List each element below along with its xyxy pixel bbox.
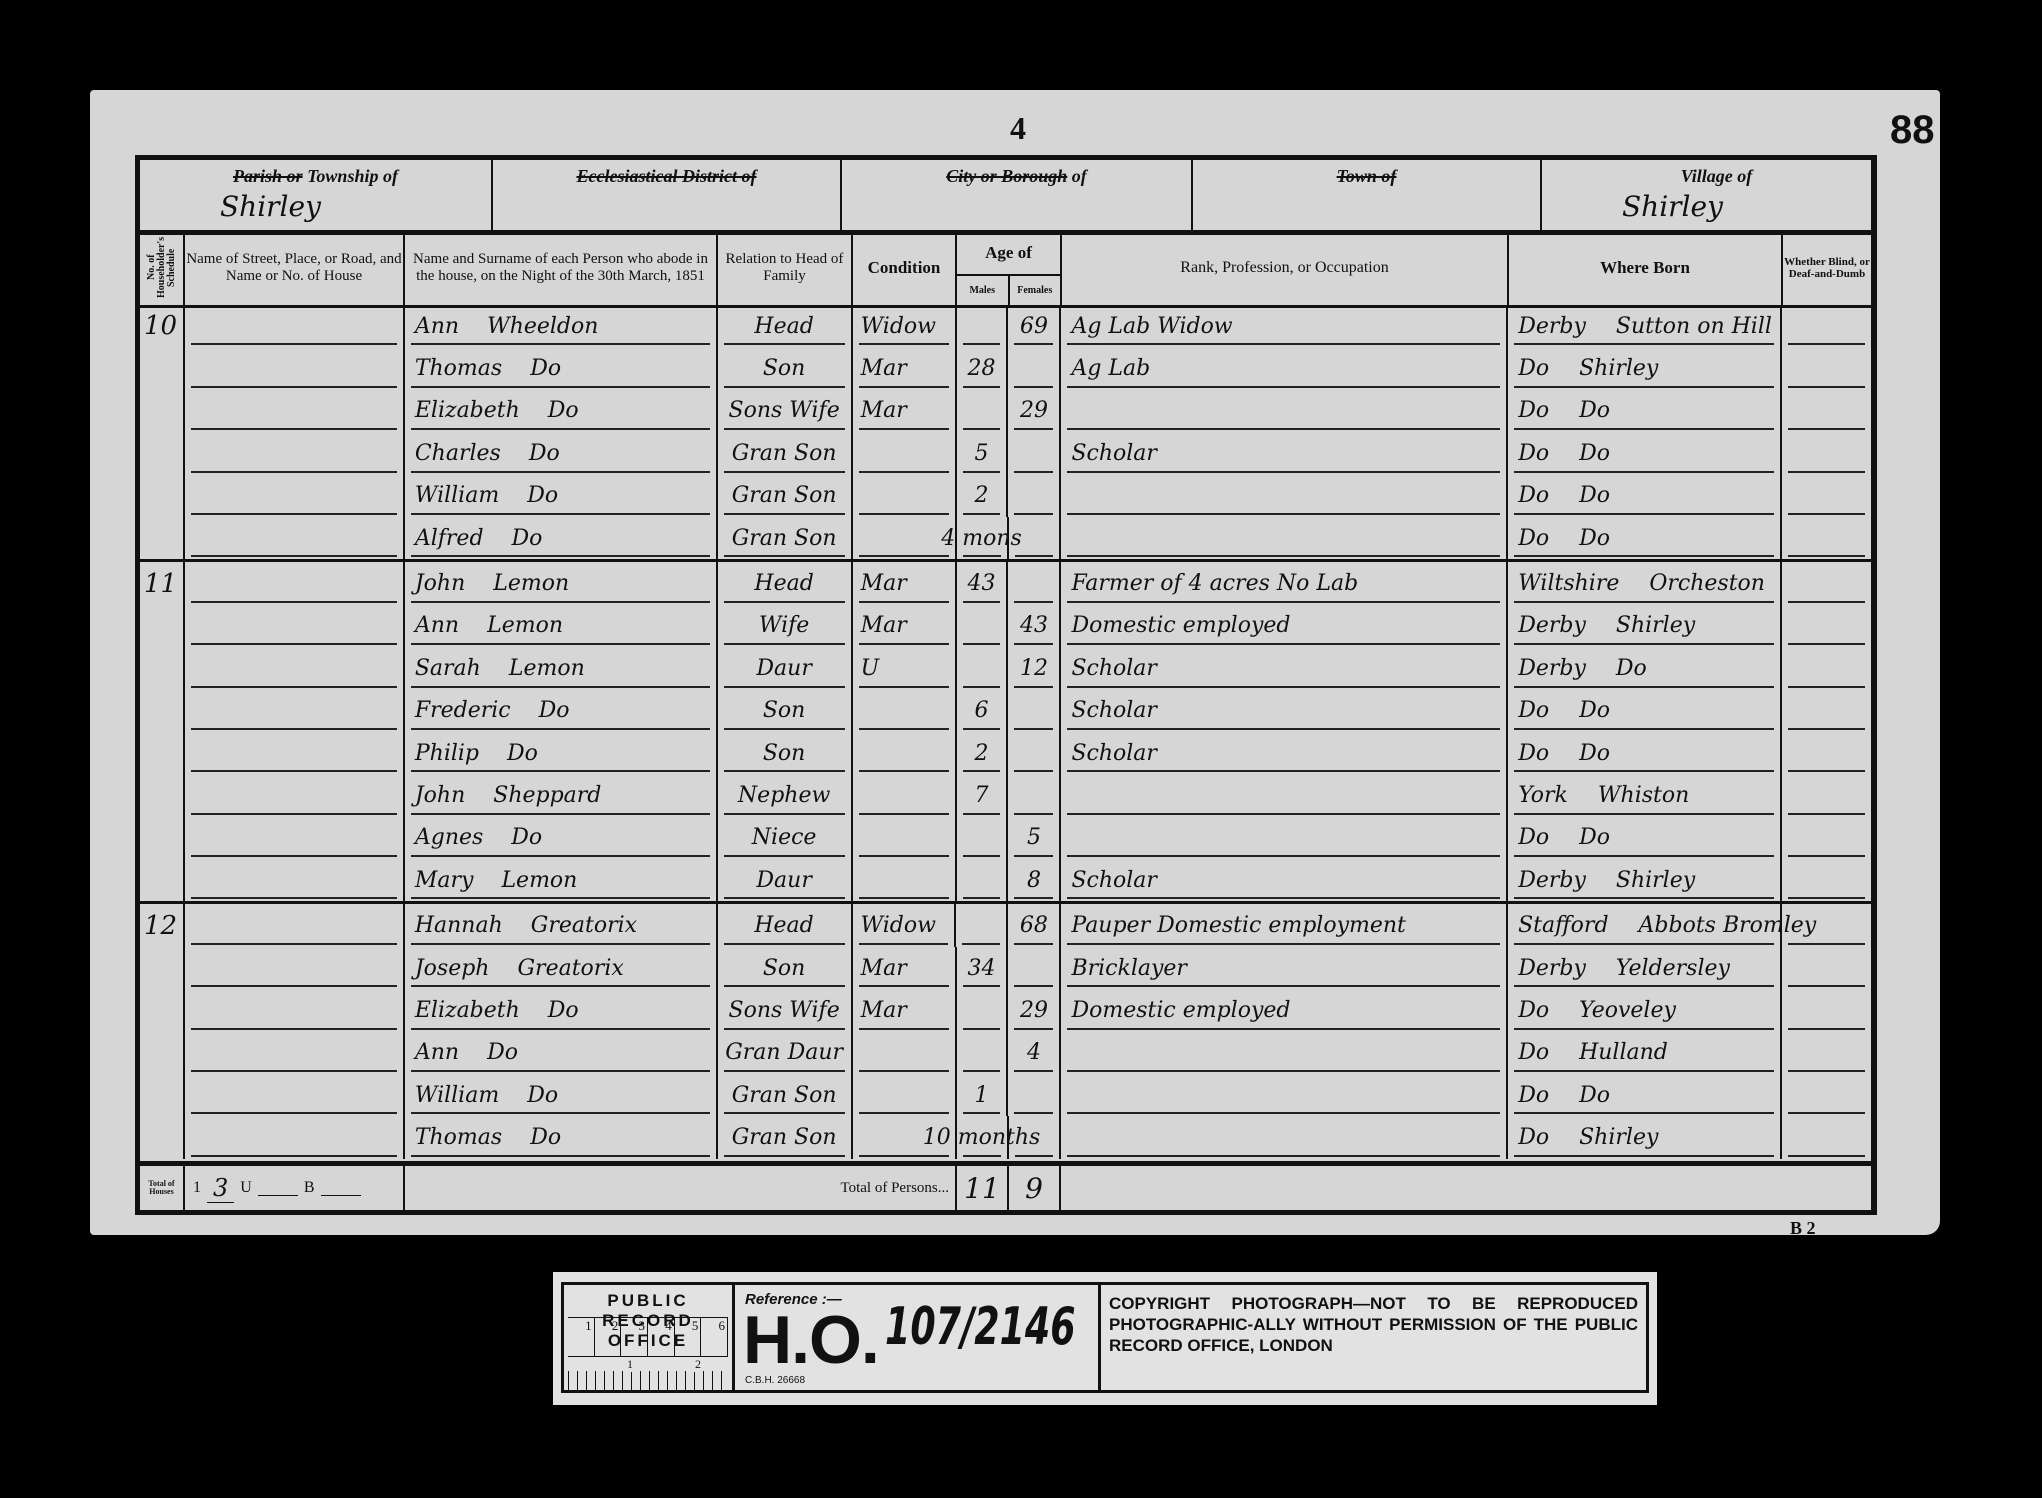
female-age: 69	[1008, 305, 1061, 347]
male-age: 2	[957, 732, 1009, 774]
condition: Mar	[853, 562, 957, 604]
schedule-number	[140, 347, 185, 389]
birth-county: Do	[1518, 698, 1549, 723]
census-row: ThomasDoGran Son10 monthsDoShirley	[140, 1116, 1871, 1158]
header-occupation: Rank, Profession, or Occupation	[1062, 230, 1509, 305]
blind-deaf	[1782, 347, 1871, 389]
condition	[853, 475, 957, 517]
city-borough-cell: City or Borough of	[842, 160, 1193, 230]
male-age: 4 mons	[957, 517, 1009, 559]
blind-deaf	[1782, 817, 1871, 859]
street-cell	[185, 647, 405, 689]
male-age	[957, 817, 1009, 859]
reference-number: 107/2146	[885, 1297, 1076, 1357]
relation: Head	[718, 562, 853, 604]
female-age: 68	[1008, 904, 1061, 946]
birth-county: Do	[1518, 356, 1549, 381]
birth-place: Do	[1579, 483, 1610, 508]
condition: Mar	[853, 989, 957, 1031]
person-name: AnnLemon	[405, 605, 718, 647]
of-label: of	[1072, 166, 1087, 186]
header-blind: Whether Blind, or Deaf-and-Dumb	[1783, 230, 1871, 305]
blind-deaf	[1782, 390, 1871, 432]
first-name: Sarah	[415, 656, 481, 681]
struck-label: Parish or	[233, 166, 303, 186]
houses-prefix: 1	[193, 1179, 201, 1197]
birth-place: Yeldersley	[1616, 956, 1730, 981]
surname: Lemon	[487, 613, 563, 638]
street-cell	[185, 305, 405, 347]
birth-county: Derby	[1518, 956, 1586, 981]
inch-mark: 6	[701, 1318, 728, 1356]
inch-mark: 4	[648, 1318, 675, 1356]
relation: Gran Daur	[718, 1032, 853, 1074]
occupation: Farmer of 4 acres No Lab	[1061, 562, 1508, 604]
surname: Lemon	[509, 656, 585, 681]
male-age: 34	[957, 947, 1009, 989]
total-houses: 1 3 U B	[185, 1166, 405, 1210]
birthplace: DerbySutton on Hill	[1508, 305, 1782, 347]
person-name: AlfredDo	[405, 517, 718, 559]
struck-label: City or Borough	[946, 166, 1067, 186]
female-age	[1008, 732, 1061, 774]
census-row: 12HannahGreatorixHeadWidow68Pauper Domes…	[140, 901, 1871, 946]
birthplace: DerbyYeldersley	[1508, 947, 1782, 989]
building-label: B	[304, 1179, 315, 1197]
record-office-label: PUBLIC RECORD OFFICE 123456 1 2 Referenc…	[553, 1272, 1657, 1405]
total-houses-label: Total of Houses	[140, 1166, 185, 1210]
male-age: 28	[957, 347, 1009, 389]
header-condition: Condition	[853, 230, 957, 305]
birth-county: Do	[1518, 1125, 1549, 1150]
census-row: ElizabethDoSons WifeMar29Domestic employ…	[140, 989, 1871, 1031]
person-name: HannahGreatorix	[405, 904, 718, 946]
blind-deaf	[1782, 1074, 1871, 1116]
copyright-notice: COPYRIGHT PHOTOGRAPH—NOT TO BE REPRODUCE…	[1101, 1285, 1646, 1390]
relation: Gran Son	[718, 517, 853, 559]
condition	[853, 1074, 957, 1116]
occupation: Scholar	[1061, 859, 1508, 901]
census-row: MaryLemonDaur8ScholarDerbyShirley	[140, 859, 1871, 901]
birth-place: Do	[1579, 825, 1610, 850]
village-label: Village of	[1681, 166, 1753, 186]
street-cell	[185, 817, 405, 859]
male-age: 1	[957, 1074, 1009, 1116]
blind-deaf	[1782, 904, 1871, 946]
struck-label: Town of	[1337, 166, 1397, 186]
blind-deaf	[1782, 432, 1871, 474]
female-age	[1008, 1074, 1061, 1116]
birth-county: Stafford	[1518, 913, 1608, 938]
first-name: Ann	[415, 314, 459, 339]
street-cell	[185, 347, 405, 389]
birthplace: DoYeoveley	[1508, 989, 1782, 1031]
occupation: Bricklayer	[1061, 947, 1508, 989]
first-name: Mary	[415, 868, 474, 893]
inch-mark: 5	[675, 1318, 702, 1356]
birth-county: Derby	[1518, 868, 1586, 893]
female-age	[1008, 562, 1061, 604]
relation: Son	[718, 947, 853, 989]
birthplace: WiltshireOrcheston	[1508, 562, 1782, 604]
first-name: John	[415, 571, 465, 596]
schedule-number	[140, 432, 185, 474]
condition: Mar	[853, 347, 957, 389]
census-rows: 10AnnWheeldonHeadWidow69Ag Lab WidowDerb…	[140, 305, 1871, 1159]
blind-deaf	[1782, 517, 1871, 559]
blind-deaf	[1782, 732, 1871, 774]
struck-label: Ecclesiastical District of	[577, 166, 757, 186]
schedule-number	[140, 690, 185, 732]
birth-place: Hulland	[1579, 1040, 1668, 1065]
street-cell	[185, 1074, 405, 1116]
person-name: AnnDo	[405, 1032, 718, 1074]
occupation	[1061, 1074, 1508, 1116]
occupation: Scholar	[1061, 432, 1508, 474]
birth-place: Do	[1579, 1083, 1610, 1108]
folio-number-right: 88	[1890, 108, 1935, 153]
birth-place: Do	[1579, 741, 1610, 766]
occupation	[1061, 1032, 1508, 1074]
ecclesiastical-district-cell: Ecclesiastical District of	[493, 160, 842, 230]
inch-mark: 1	[568, 1318, 595, 1356]
township-value: Shirley	[220, 190, 321, 223]
occupation: Ag Lab	[1061, 347, 1508, 389]
blind-deaf	[1782, 475, 1871, 517]
person-name: SarahLemon	[405, 647, 718, 689]
first-name: William	[415, 1083, 499, 1108]
cm-ruler: 1 2	[568, 1357, 728, 1393]
schedule-number: 10	[140, 305, 185, 347]
reference-box: Reference :— H.O. 107/2146 C.B.H. 26668	[735, 1285, 1101, 1390]
header-name: Name and Surname of each Person who abod…	[405, 230, 718, 305]
schedule-number	[140, 1116, 185, 1158]
condition: Mar	[853, 390, 957, 432]
condition	[853, 859, 957, 901]
condition	[853, 732, 957, 774]
first-name: Charles	[415, 441, 501, 466]
female-age: 12	[1008, 647, 1061, 689]
male-age	[957, 605, 1009, 647]
schedule-number	[140, 947, 185, 989]
schedule-number	[140, 605, 185, 647]
schedule-number: 11	[140, 562, 185, 604]
birthplace: DoHulland	[1508, 1032, 1782, 1074]
relation: Gran Son	[718, 1116, 853, 1158]
schedule-number	[140, 647, 185, 689]
first-name: Thomas	[415, 1125, 502, 1150]
census-row: SarahLemonDaurU12ScholarDerbyDo	[140, 647, 1871, 689]
first-name: Philip	[415, 741, 479, 766]
surname: Greatorix	[531, 913, 637, 938]
person-name: ThomasDo	[405, 1116, 718, 1158]
street-cell	[185, 605, 405, 647]
uninhabited-label: U	[240, 1179, 252, 1197]
relation: Gran Son	[718, 1074, 853, 1116]
inhabited-count: 3	[207, 1174, 234, 1203]
birthplace: DoDo	[1508, 517, 1782, 559]
birth-county: Do	[1518, 441, 1549, 466]
surname: Do	[548, 998, 579, 1023]
census-row: CharlesDoGran Son5ScholarDoDo	[140, 432, 1871, 474]
person-name: PhilipDo	[405, 732, 718, 774]
female-age: 29	[1008, 390, 1061, 432]
occupation: Scholar	[1061, 690, 1508, 732]
birthplace: DoDo	[1508, 690, 1782, 732]
birth-place: Do	[1579, 441, 1610, 466]
relation: Head	[718, 305, 853, 347]
birth-county: Do	[1518, 398, 1549, 423]
inch-mark: 3	[621, 1318, 648, 1356]
female-age	[1008, 947, 1061, 989]
totals-row: Total of Houses 1 3 U B Total of Persons…	[140, 1161, 1871, 1210]
street-cell	[185, 774, 405, 816]
birthplace: YorkWhiston	[1508, 774, 1782, 816]
header-relation: Relation to Head of Family	[718, 230, 853, 305]
relation: Gran Son	[718, 475, 853, 517]
surname: Wheeldon	[487, 314, 598, 339]
first-name: William	[415, 483, 499, 508]
first-name: Elizabeth	[415, 998, 520, 1023]
header-born: Where Born	[1509, 230, 1783, 305]
schedule-number	[140, 859, 185, 901]
age-of-label: Age of	[957, 230, 1060, 276]
blind-deaf	[1782, 690, 1871, 732]
schedule-number	[140, 774, 185, 816]
birthplace: DoDo	[1508, 732, 1782, 774]
occupation: Domestic employed	[1061, 605, 1508, 647]
street-cell	[185, 475, 405, 517]
first-name: Alfred	[415, 526, 484, 551]
street-cell	[185, 390, 405, 432]
birth-county: Derby	[1518, 314, 1586, 339]
relation: Head	[718, 904, 853, 946]
male-age	[956, 904, 1008, 946]
female-age	[1008, 690, 1061, 732]
birthplace: DoDo	[1508, 432, 1782, 474]
folio-number-center: 4	[1010, 110, 1026, 147]
condition: Widow	[853, 904, 957, 946]
census-row: WilliamDoGran Son1DoDo	[140, 1074, 1871, 1116]
blind-deaf	[1782, 305, 1871, 347]
birthplace: StaffordAbbots Bromley	[1508, 904, 1782, 946]
public-record-office-ruler: PUBLIC RECORD OFFICE 123456 1 2	[564, 1285, 735, 1390]
census-row: 10AnnWheeldonHeadWidow69Ag Lab WidowDerb…	[140, 305, 1871, 347]
male-age	[957, 859, 1009, 901]
condition	[853, 817, 957, 859]
occupation: Ag Lab Widow	[1061, 305, 1508, 347]
relation: Daur	[718, 859, 853, 901]
birth-county: Do	[1518, 741, 1549, 766]
street-cell	[185, 432, 405, 474]
male-age	[957, 305, 1009, 347]
census-row: AnnLemonWifeMar43Domestic employedDerbyS…	[140, 605, 1871, 647]
inch-mark: 2	[595, 1318, 622, 1356]
street-cell	[185, 1032, 405, 1074]
female-age	[1008, 475, 1061, 517]
cbh-number: C.B.H. 26668	[745, 1375, 805, 1386]
surname: Do	[527, 483, 558, 508]
township-label: Township of	[307, 166, 398, 186]
surname: Do	[511, 825, 542, 850]
female-age: 5	[1008, 817, 1061, 859]
street-cell	[185, 989, 405, 1031]
surname: Do	[529, 441, 560, 466]
females-label: Females	[1010, 276, 1061, 305]
birthplace: DoShirley	[1508, 1116, 1782, 1158]
street-cell	[185, 690, 405, 732]
occupation: Scholar	[1061, 732, 1508, 774]
birth-place: Yeoveley	[1579, 998, 1676, 1023]
surname: Do	[539, 698, 570, 723]
header-schedule: No. of Householder's Schedule	[140, 230, 185, 305]
schedule-number	[140, 390, 185, 432]
occupation	[1061, 1116, 1508, 1158]
occupation: Scholar	[1061, 647, 1508, 689]
cm-mark: 1	[626, 1357, 634, 1372]
street-cell	[185, 517, 405, 559]
female-age: 43	[1008, 605, 1061, 647]
census-row: ThomasDoSonMar28Ag LabDoShirley	[140, 347, 1871, 389]
first-name: Agnes	[415, 825, 483, 850]
birthplace: DoDo	[1508, 1074, 1782, 1116]
relation: Gran Son	[718, 432, 853, 474]
blind-deaf	[1782, 774, 1871, 816]
female-age: 4	[1008, 1032, 1061, 1074]
birth-county: York	[1518, 783, 1568, 808]
relation: Sons Wife	[718, 989, 853, 1031]
census-row: AnnDoGran Daur4DoHulland	[140, 1032, 1871, 1074]
female-age	[1008, 347, 1061, 389]
condition	[853, 774, 957, 816]
occupation	[1061, 517, 1508, 559]
street-cell	[185, 859, 405, 901]
schedule-number	[140, 517, 185, 559]
blind-deaf	[1782, 647, 1871, 689]
village-value: Shirley	[1622, 190, 1723, 223]
female-age	[1008, 774, 1061, 816]
first-name: Thomas	[415, 356, 502, 381]
first-name: John	[415, 783, 465, 808]
street-cell	[185, 732, 405, 774]
birth-county: Do	[1518, 825, 1549, 850]
birth-place: Shirley	[1616, 613, 1695, 638]
relation: Niece	[718, 817, 853, 859]
female-age	[1009, 1116, 1062, 1158]
surname: Do	[530, 356, 561, 381]
female-age	[1009, 517, 1062, 559]
person-name: ElizabethDo	[405, 390, 718, 432]
birth-county: Derby	[1518, 613, 1586, 638]
birth-county: Do	[1518, 526, 1549, 551]
totals-blank	[1061, 1166, 1871, 1210]
birth-place: Do	[1579, 698, 1610, 723]
male-age: 5	[957, 432, 1009, 474]
birthplace: DerbyShirley	[1508, 859, 1782, 901]
occupation: Domestic employed	[1061, 989, 1508, 1031]
inch-ruler: 123456	[568, 1317, 728, 1357]
first-name: Ann	[415, 1040, 459, 1065]
surname: Do	[548, 398, 579, 423]
birth-place: Do	[1616, 656, 1647, 681]
reference-code: H.O.	[743, 1301, 879, 1379]
birth-place: Do	[1579, 398, 1610, 423]
village-cell: Village of Shirley	[1542, 160, 1871, 230]
census-page: 4 88 Parish or Township of Shirley Eccle…	[90, 90, 1940, 1235]
census-row: AlfredDoGran Son4 monsDoDo	[140, 517, 1871, 559]
condition: Mar	[853, 947, 957, 989]
surname: Do	[512, 526, 543, 551]
birth-place: Whiston	[1598, 783, 1689, 808]
schedule-number	[140, 732, 185, 774]
birthplace: DerbyDo	[1508, 647, 1782, 689]
relation: Son	[718, 347, 853, 389]
birth-county: Do	[1518, 1040, 1549, 1065]
birth-county: Do	[1518, 483, 1549, 508]
person-name: MaryLemon	[405, 859, 718, 901]
census-row: FredericDoSon6ScholarDoDo	[140, 690, 1871, 732]
surname: Greatorix	[517, 956, 623, 981]
schedule-number	[140, 1032, 185, 1074]
census-form: Parish or Township of Shirley Ecclesiast…	[135, 155, 1877, 1215]
blind-deaf	[1782, 562, 1871, 604]
person-name: ElizabethDo	[405, 989, 718, 1031]
total-males: 11	[957, 1166, 1009, 1210]
cm-mark: 2	[694, 1357, 702, 1372]
male-age: 7	[957, 774, 1009, 816]
census-row: WilliamDoGran Son2DoDo	[140, 475, 1871, 517]
census-row: JohnSheppardNephew7YorkWhiston	[140, 774, 1871, 816]
birth-place: Shirley	[1616, 868, 1695, 893]
birth-place: Shirley	[1579, 356, 1658, 381]
surname: Do	[487, 1040, 518, 1065]
birth-county: Wiltshire	[1518, 571, 1619, 596]
male-age: 43	[957, 562, 1009, 604]
street-cell	[185, 1116, 405, 1158]
census-row: AgnesDoNiece5DoDo	[140, 817, 1871, 859]
female-age: 8	[1008, 859, 1061, 901]
street-cell	[185, 904, 405, 946]
person-name: ThomasDo	[405, 347, 718, 389]
condition	[853, 432, 957, 474]
surname: Do	[507, 741, 538, 766]
surname: Lemon	[501, 868, 577, 893]
male-age	[957, 647, 1009, 689]
schedule-number	[140, 817, 185, 859]
surname: Do	[527, 1083, 558, 1108]
condition: U	[853, 647, 957, 689]
condition	[853, 690, 957, 732]
person-name: WilliamDo	[405, 1074, 718, 1116]
total-persons-label: Total of Persons...	[405, 1166, 957, 1210]
first-name: Joseph	[415, 956, 490, 981]
blind-deaf	[1782, 859, 1871, 901]
schedule-number: 12	[140, 904, 185, 946]
condition: Mar	[853, 605, 957, 647]
person-name: WilliamDo	[405, 475, 718, 517]
total-females: 9	[1009, 1166, 1061, 1210]
birthplace: DoDo	[1508, 475, 1782, 517]
census-row: 11JohnLemonHeadMar43Farmer of 4 acres No…	[140, 559, 1871, 604]
town-cell: Town of	[1193, 160, 1542, 230]
column-header: No. of Householder's Schedule Name of St…	[140, 230, 1871, 308]
schedule-number	[140, 475, 185, 517]
female-age: 29	[1008, 989, 1061, 1031]
street-cell	[185, 562, 405, 604]
sheet-mark: B 2	[1790, 1218, 1816, 1239]
birthplace: DerbyShirley	[1508, 605, 1782, 647]
relation: Sons Wife	[718, 390, 853, 432]
